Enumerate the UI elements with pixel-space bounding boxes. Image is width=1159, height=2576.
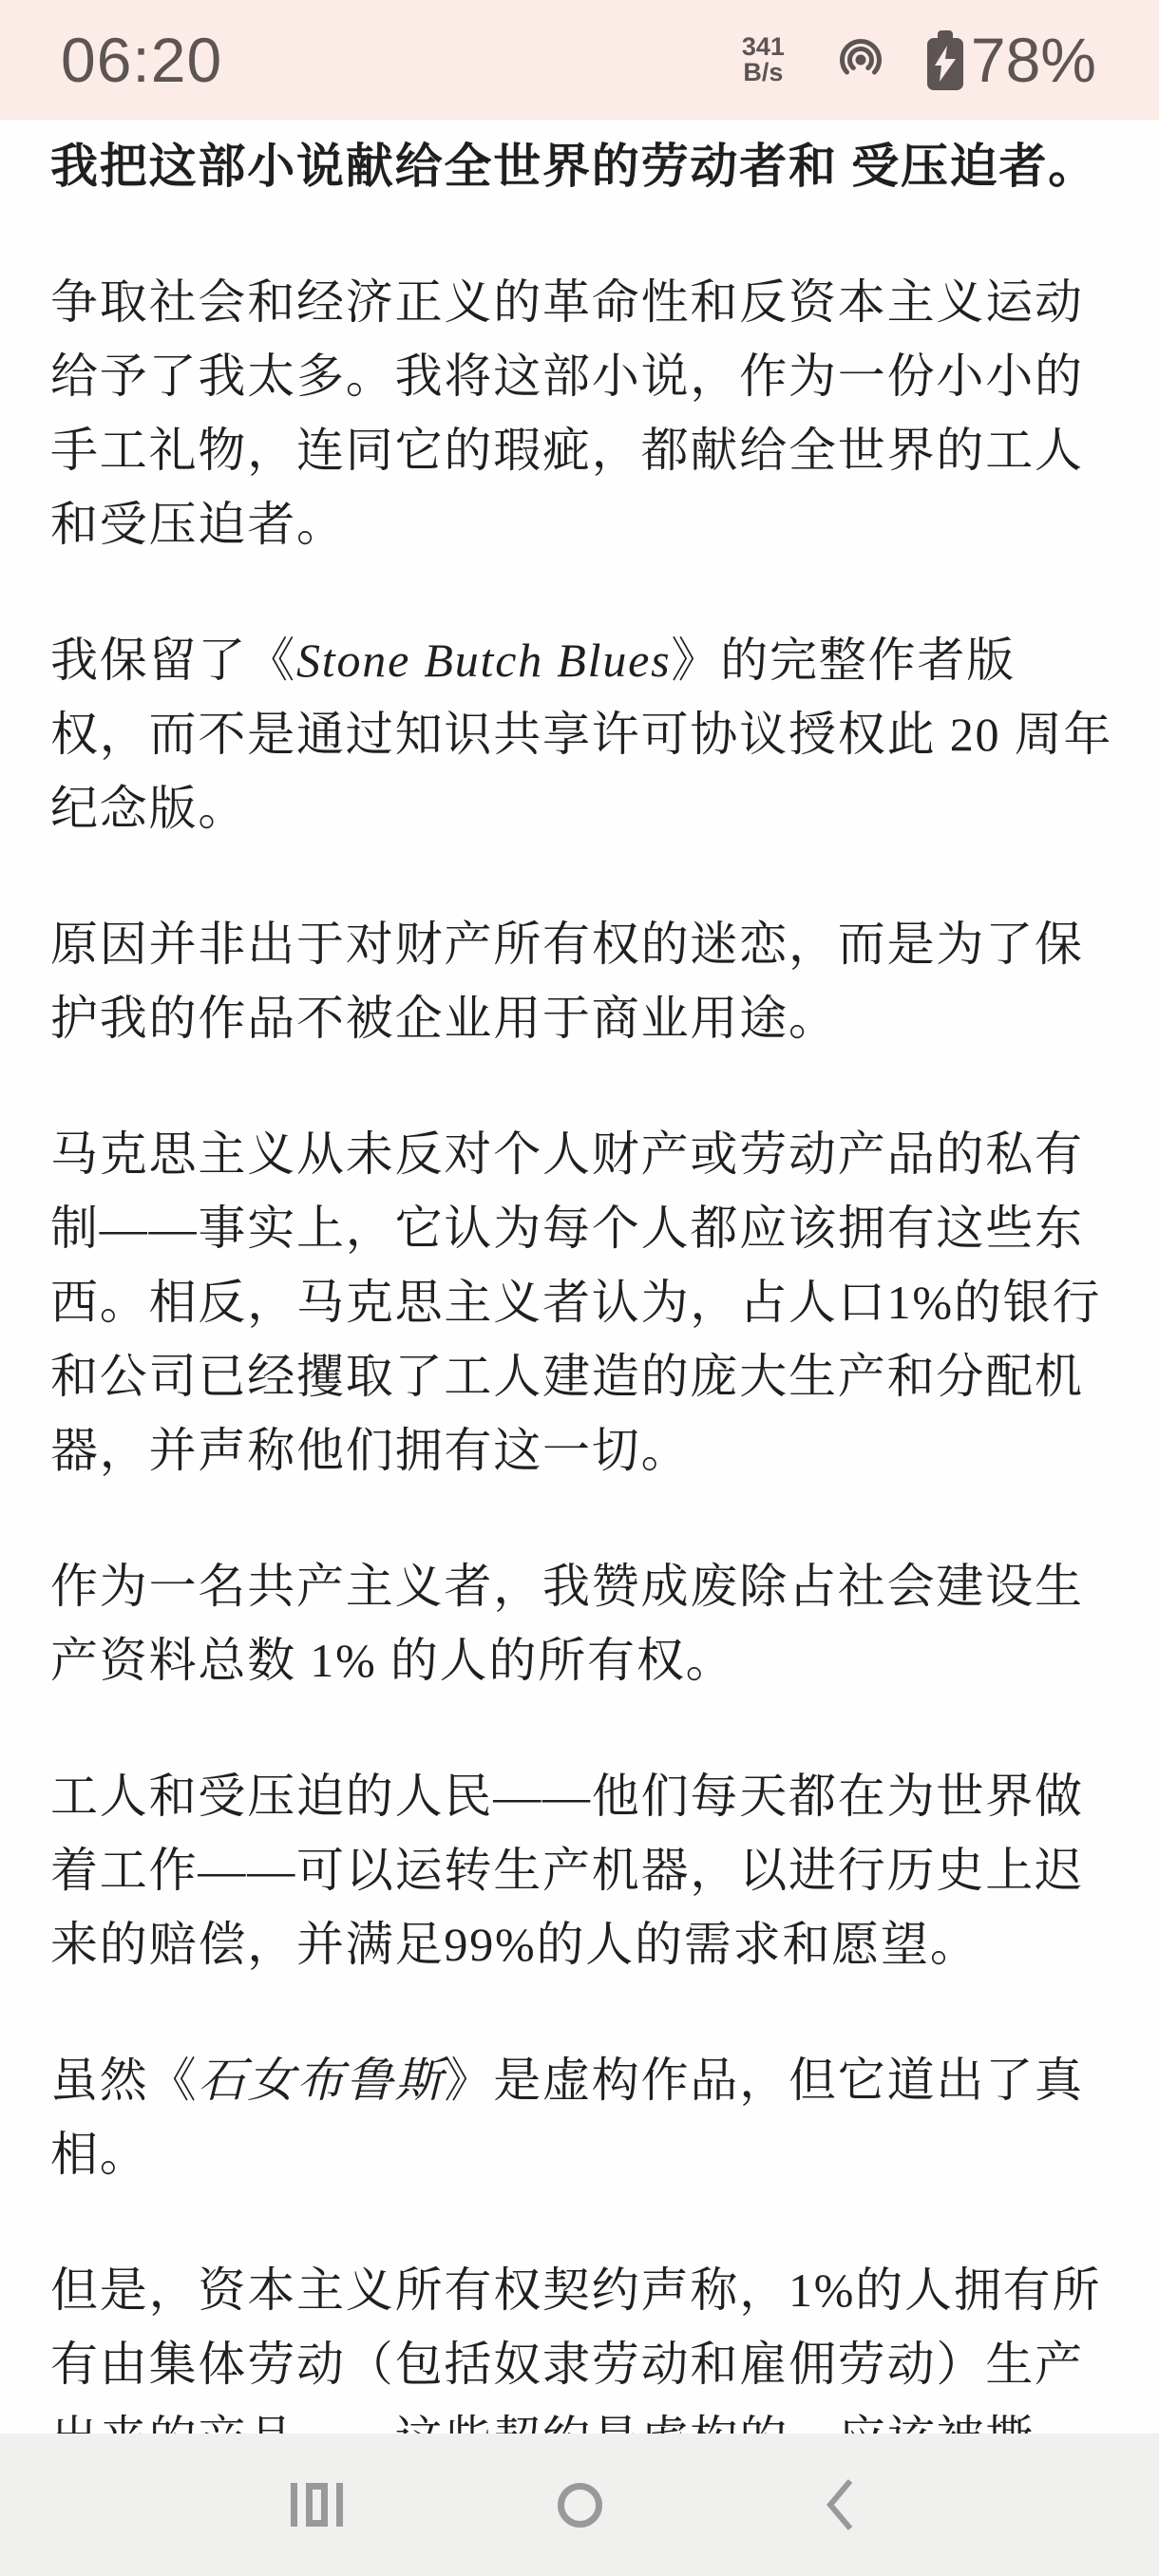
body-text: 相。 [50, 2128, 149, 2181]
text-line: 产资料总数 1% 的人的所有权。 [50, 1623, 1110, 1697]
book-title-text: Stone Butch Blues [296, 634, 671, 687]
battery-percent: 78% [971, 28, 1096, 91]
body-text: 来的赔偿，并满足99%的人的需求和愿望。 [50, 1918, 979, 1971]
body-text: 产资料总数 1% 的人的所有权。 [50, 1634, 734, 1687]
network-speed-value: 341 [742, 34, 785, 60]
text-line: 给予了我太多。我将这部小说，作为一份小小的 [50, 339, 1110, 413]
paragraph: 我把这部小说献给全世界的劳动者和 受压迫者。 [50, 129, 1110, 203]
body-text: 纪念版。 [50, 782, 247, 835]
body-text: 》是虚构作品，但它道出了真 [444, 2054, 1083, 2107]
text-line: 西。相反，马克思主义者认为，占人口1%的银行 [50, 1265, 1110, 1339]
hotspot-icon [836, 35, 885, 85]
body-text: 原因并非出于对财产所有权的迷恋，而是为了保 [50, 918, 1084, 971]
text-line: 工人和受压迫的人民——他们每天都在为世界做 [50, 1759, 1110, 1833]
body-text: 器，并声称他们拥有这一切。 [50, 1424, 690, 1477]
text-line: 作为一名共产主义者，我赞成废除占社会建设生 [50, 1549, 1110, 1623]
status-bar: 06:20 341 B/s 78% [0, 0, 1159, 120]
body-text: 手工礼物，连同它的瑕疵，都献给全世界的工人 [50, 424, 1084, 477]
text-line: 我保留了《Stone Butch Blues》的完整作者版 [50, 623, 1110, 697]
text-line: 和受压迫者。 [50, 487, 1110, 561]
recents-button[interactable] [250, 2434, 383, 2576]
text-line: 和公司已经攫取了工人建造的庞大生产和分配机 [50, 1339, 1110, 1413]
body-text: 我把这部小说献给全世界的劳动者和 受压迫者。 [50, 140, 1097, 193]
paragraph: 马克思主义从未反对个人财产或劳动产品的私有制——事实上，它认为每个人都应该拥有这… [50, 1117, 1110, 1487]
back-icon [824, 2476, 856, 2533]
body-text: 给予了我太多。我将这部小说，作为一份小小的 [50, 350, 1084, 403]
text-line: 权，而不是通过知识共享许可协议授权此 20 周年 [50, 697, 1110, 771]
body-text: 但是，资本主义所有权契约声称，1%的人拥有所 [50, 2263, 1101, 2317]
battery-body [927, 38, 963, 90]
text-line: 器，并声称他们拥有这一切。 [50, 1413, 1110, 1487]
network-speed-indicator: 341 B/s [742, 34, 785, 85]
paragraph: 我保留了《Stone Butch Blues》的完整作者版权，而不是通过知识共享… [50, 623, 1110, 845]
navigation-bar [0, 2434, 1159, 2576]
body-text: 制——事实上，它认为每个人都应该拥有这些东 [50, 1202, 1084, 1255]
body-text: 护我的作品不被企业用于商业用途。 [50, 992, 838, 1045]
text-line: 马克思主义从未反对个人财产或劳动产品的私有 [50, 1117, 1110, 1191]
paragraph: 虽然《石女布鲁斯》是虚构作品，但它道出了真相。 [50, 2043, 1110, 2191]
text-line: 有由集体劳动（包括奴隶劳动和雇佣劳动）生产 [50, 2327, 1110, 2401]
text-line: 我把这部小说献给全世界的劳动者和 受压迫者。 [50, 129, 1110, 203]
battery-charging-icon [927, 30, 963, 90]
text-line: 纪念版。 [50, 771, 1110, 845]
paragraph: 工人和受压迫的人民——他们每天都在为世界做着工作——可以运转生产机器，以进行历史… [50, 1759, 1110, 1981]
paragraph: 争取社会和经济正义的革命性和反资本主义运动给予了我太多。我将这部小说，作为一份小… [50, 265, 1110, 561]
recents-icon [291, 2483, 343, 2527]
reader-page[interactable]: 我把这部小说献给全世界的劳动者和 受压迫者。争取社会和经济正义的革命性和反资本主… [0, 120, 1159, 2434]
body-text: 权，而不是通过知识共享许可协议授权此 20 周年 [50, 708, 1112, 761]
text-line: 着工作——可以运转生产机器，以进行历史上迟 [50, 1833, 1110, 1907]
body-text: 工人和受压迫的人民——他们每天都在为世界做 [50, 1770, 1084, 1823]
back-button[interactable] [773, 2434, 906, 2576]
home-button[interactable] [513, 2434, 646, 2576]
recents-right-bar [336, 2483, 343, 2527]
body-text: 虽然《 [50, 2054, 198, 2107]
text-line: 来的赔偿，并满足99%的人的需求和愿望。 [50, 1907, 1110, 1981]
text-line: 出来的产品——这些契约是虚构的，应该被撕 [50, 2401, 1110, 2434]
text-line: 护我的作品不被企业用于商业用途。 [50, 981, 1110, 1055]
body-text: 出来的产品——这些契约是虚构的，应该被撕 [50, 2412, 1035, 2434]
network-speed-unit: B/s [742, 60, 785, 85]
text-line: 争取社会和经济正义的革命性和反资本主义运动 [50, 265, 1110, 339]
body-text: 和公司已经攫取了工人建造的庞大生产和分配机 [50, 1350, 1084, 1403]
body-text: 西。相反，马克思主义者认为，占人口1%的银行 [50, 1276, 1101, 1329]
lightning-bolt-icon [933, 44, 958, 84]
paragraph: 作为一名共产主义者，我赞成废除占社会建设生产资料总数 1% 的人的所有权。 [50, 1549, 1110, 1697]
body-text: 》的完整作者版 [671, 634, 1016, 687]
text-line: 但是，资本主义所有权契约声称，1%的人拥有所 [50, 2253, 1110, 2327]
paragraph: 原因并非出于对财产所有权的迷恋，而是为了保护我的作品不被企业用于商业用途。 [50, 907, 1110, 1055]
clock: 06:20 [61, 28, 222, 91]
home-icon [558, 2483, 602, 2528]
recents-left-bar [291, 2483, 297, 2527]
text-line: 虽然《石女布鲁斯》是虚构作品，但它道出了真 [50, 2043, 1110, 2117]
status-icons: 341 B/s 78% [742, 28, 1096, 91]
body-text: 着工作——可以运转生产机器，以进行历史上迟 [50, 1844, 1084, 1897]
paragraph-list: 我把这部小说献给全世界的劳动者和 受压迫者。争取社会和经济正义的革命性和反资本主… [50, 129, 1110, 2434]
body-text: 争取社会和经济正义的革命性和反资本主义运动 [50, 275, 1084, 329]
text-line: 制——事实上，它认为每个人都应该拥有这些东 [50, 1191, 1110, 1265]
body-text: 和受压迫者。 [50, 498, 346, 551]
body-text: 有由集体劳动（包括奴隶劳动和雇佣劳动）生产 [50, 2338, 1084, 2391]
text-line: 原因并非出于对财产所有权的迷恋，而是为了保 [50, 907, 1110, 981]
text-line: 手工礼物，连同它的瑕疵，都献给全世界的工人 [50, 413, 1110, 487]
recents-rect [306, 2483, 328, 2527]
phone-screen: 06:20 341 B/s 78% [0, 0, 1159, 2576]
book-title-text: 石女布鲁斯 [198, 2054, 444, 2107]
body-text: 马克思主义从未反对个人财产或劳动产品的私有 [50, 1127, 1084, 1181]
body-text: 我保留了《 [50, 634, 296, 687]
text-line: 相。 [50, 2117, 1110, 2191]
paragraph: 但是，资本主义所有权契约声称，1%的人拥有所有由集体劳动（包括奴隶劳动和雇佣劳动… [50, 2253, 1110, 2434]
body-text: 作为一名共产主义者，我赞成废除占社会建设生 [50, 1560, 1084, 1613]
